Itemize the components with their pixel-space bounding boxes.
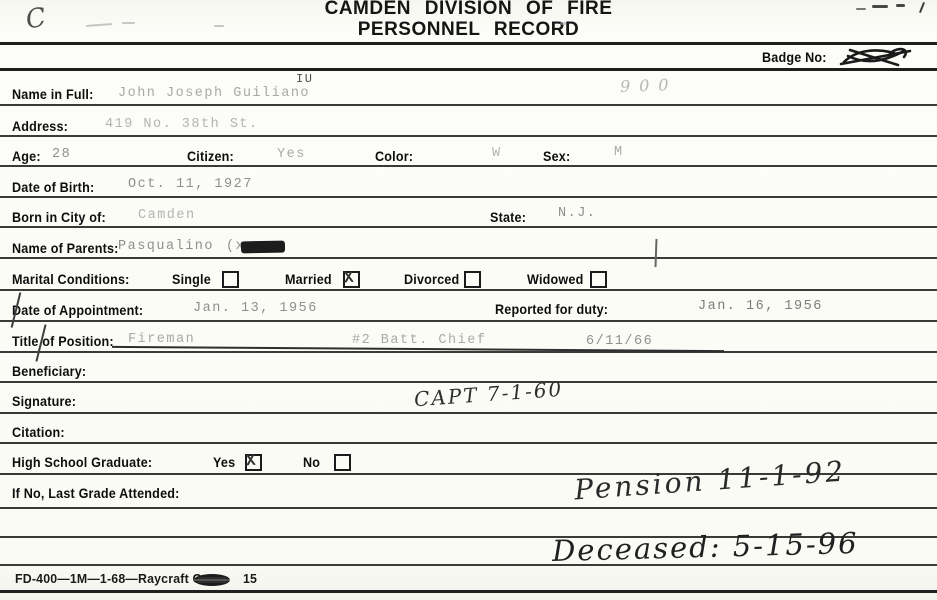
date-of-birth-value: Oct. 11, 1927 bbox=[128, 177, 253, 192]
hs-no-label: No bbox=[303, 454, 320, 470]
pen-mark bbox=[122, 22, 135, 24]
citizen-label: Citizen: bbox=[187, 148, 234, 164]
faint-handwritten-note: 900 bbox=[620, 75, 678, 96]
color-label: Color: bbox=[375, 148, 413, 164]
divider-line bbox=[0, 226, 937, 228]
pen-mark bbox=[872, 5, 888, 8]
divider-line bbox=[0, 165, 937, 167]
address-value: 419 No. 38th St. bbox=[105, 117, 259, 132]
position-value2: #2 Batt. Chief bbox=[352, 333, 486, 348]
last-grade-label: If No, Last Grade Attended: bbox=[12, 485, 180, 501]
hs-no-checkbox bbox=[334, 454, 351, 471]
personnel-record-form: CAMDEN DIVISION OF FIRE PERSONNEL RECORD… bbox=[0, 0, 937, 600]
marital-option-divorced: Divorced bbox=[404, 271, 459, 287]
pen-mark bbox=[896, 4, 905, 7]
position-value3: 6/11/66 bbox=[586, 334, 653, 349]
pen-mark bbox=[655, 239, 658, 267]
state-value: N.J. bbox=[558, 206, 596, 221]
divider-line bbox=[0, 68, 937, 71]
checkbox-mark: X bbox=[343, 269, 354, 288]
married-checkbox: X bbox=[343, 271, 360, 288]
position-label: Title of Position: bbox=[12, 333, 114, 349]
deceased-handwriting: Deceased: 5-15-96 bbox=[552, 526, 859, 568]
print-number: 15 bbox=[243, 571, 257, 586]
sex-value: M bbox=[614, 145, 624, 160]
citation-label: Citation: bbox=[12, 424, 65, 440]
color-value: W bbox=[492, 146, 502, 161]
born-city-label: Born in City of: bbox=[12, 209, 106, 225]
single-checkbox bbox=[222, 271, 239, 288]
hs-graduate-label: High School Graduate: bbox=[12, 454, 152, 470]
divider-line bbox=[0, 320, 937, 322]
pen-mark bbox=[214, 25, 224, 27]
form-title: CAMDEN DIVISION OF FIRE bbox=[0, 0, 937, 20]
beneficiary-label: Beneficiary: bbox=[12, 363, 86, 379]
divider-line bbox=[0, 351, 937, 353]
divider-line bbox=[0, 442, 937, 444]
parents-value: Pasqualino bbox=[118, 239, 214, 254]
union-bug-icon bbox=[192, 573, 232, 587]
divider-line bbox=[0, 412, 937, 414]
name-value: John Joseph Guiliano bbox=[118, 86, 310, 101]
divider-line bbox=[0, 104, 937, 106]
form-code: FD-400—1M—1-68—Raycraft Co. bbox=[15, 571, 213, 586]
marital-option-single: Single bbox=[172, 271, 211, 287]
marital-option-widowed: Widowed bbox=[527, 271, 583, 287]
badge-no-label: Badge No: bbox=[762, 49, 827, 65]
sex-label: Sex: bbox=[543, 148, 570, 164]
divider-line bbox=[0, 564, 937, 566]
appointment-label: Date of Appointment: bbox=[12, 302, 143, 318]
divorced-checkbox bbox=[464, 271, 481, 288]
badge-number-scribble bbox=[838, 44, 918, 70]
widowed-checkbox bbox=[590, 271, 607, 288]
parents-label: Name of Parents: bbox=[12, 240, 119, 256]
signature-label: Signature: bbox=[12, 393, 76, 409]
divider-line bbox=[0, 196, 937, 198]
appointment-value: Jan. 13, 1956 bbox=[193, 301, 318, 316]
redaction-blot bbox=[241, 241, 285, 254]
state-label: State: bbox=[490, 209, 526, 225]
marital-option-married: Married bbox=[285, 271, 332, 287]
pension-handwriting: Pension 11-1-92 bbox=[573, 455, 847, 507]
divider-line bbox=[0, 135, 937, 137]
hs-yes-checkbox: X bbox=[245, 454, 262, 471]
divider-line bbox=[0, 590, 937, 593]
divider-line bbox=[0, 257, 937, 259]
name-label: Name in Full: bbox=[12, 86, 93, 102]
reported-duty-label: Reported for duty: bbox=[495, 301, 608, 317]
date-of-birth-label: Date of Birth: bbox=[12, 179, 94, 195]
position-value: Fireman bbox=[128, 332, 195, 347]
pen-mark bbox=[856, 8, 866, 10]
hs-yes-label: Yes bbox=[213, 454, 235, 470]
address-label: Address: bbox=[12, 118, 68, 134]
age-label: Age: bbox=[12, 148, 41, 164]
name-annotation: IU bbox=[296, 72, 313, 86]
checkbox-mark: X bbox=[245, 452, 256, 471]
born-city-value: Camden bbox=[138, 208, 196, 223]
pen-mark bbox=[560, 22, 566, 25]
divider-line bbox=[0, 289, 937, 291]
divider-line bbox=[0, 42, 937, 45]
citizen-value: Yes bbox=[277, 147, 306, 162]
marital-label: Marital Conditions: bbox=[12, 271, 130, 287]
form-subtitle: PERSONNEL RECORD bbox=[0, 19, 937, 41]
divider-line bbox=[0, 507, 937, 509]
age-value: 28 bbox=[52, 147, 71, 162]
reported-duty-value: Jan. 16, 1956 bbox=[698, 299, 823, 314]
